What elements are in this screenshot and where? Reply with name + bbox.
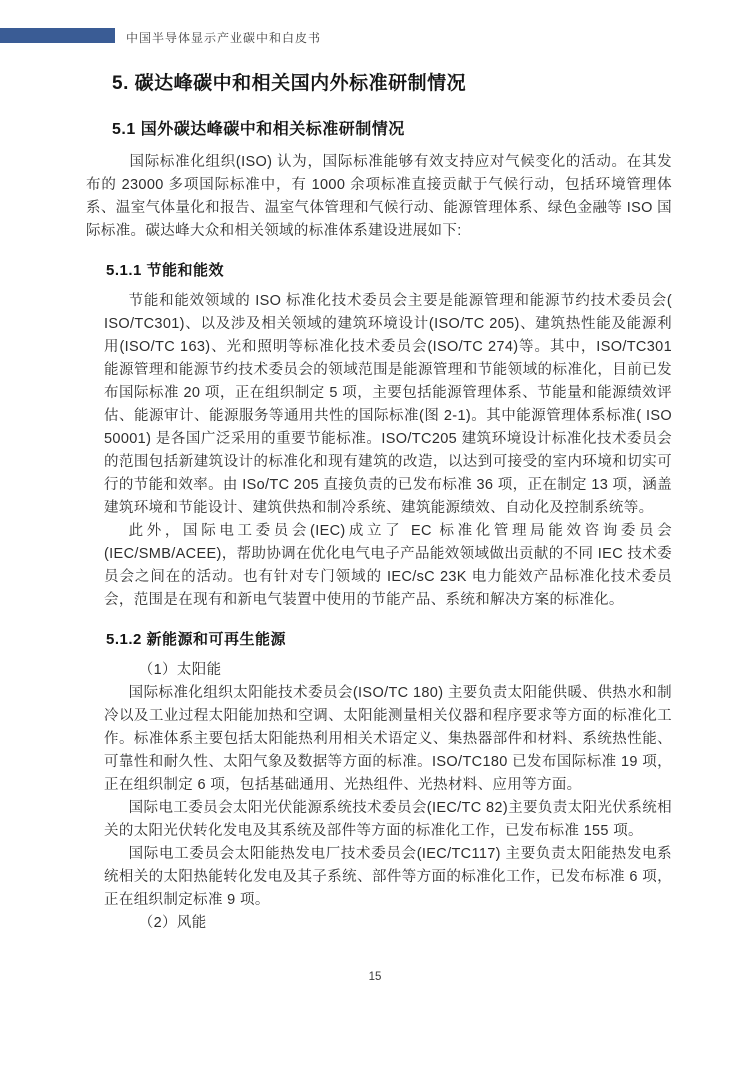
body-paragraph: 国际标准化组织(ISO) 认为，国际标准能够有效支持应对气候变化的活动。在其发布… (86, 151, 672, 243)
body-paragraph: 节能和能效领域的 ISO 标准化技术委员会主要是能源管理和能源节约技术委员会( … (104, 290, 672, 520)
section-heading: 5.1 国外碳达峰碳中和相关标准研制情况 (112, 118, 672, 141)
body-paragraph: 此外，国际电工委员会(IEC)成立了 EC 标准化管理局能效咨询委员会(IEC/… (104, 520, 672, 612)
header-title: 中国半导体显示产业碳中和白皮书 (126, 29, 321, 46)
document-page: 中国半导体显示产业碳中和白皮书 5. 碳达峰碳中和相关国内外标准研制情况 5.1… (0, 0, 756, 1068)
chapter-title: 5. 碳达峰碳中和相关国内外标准研制情况 (112, 70, 672, 97)
document-body: 5. 碳达峰碳中和相关国内外标准研制情况 5.1 国外碳达峰碳中和相关标准研制情… (86, 70, 672, 935)
list-item-label: （2）风能 (104, 912, 672, 935)
body-paragraph: 国际电工委员会太阳能热发电厂技术委员会(IEC/TC117) 主要负责太阳能热发… (104, 843, 672, 912)
list-item-label: （1）太阳能 (104, 659, 672, 682)
content-blocks: 5.1 国外碳达峰碳中和相关标准研制情况国际标准化组织(ISO) 认为，国际标准… (86, 118, 672, 935)
section-heading: 5.1.1 节能和能效 (106, 260, 672, 282)
section-heading: 5.1.2 新能源和可再生能源 (106, 629, 672, 651)
body-paragraph: 国际标准化组织太阳能技术委员会(ISO/TC 180) 主要负责太阳能供暖、供热… (104, 682, 672, 797)
page-number: 15 (0, 971, 750, 983)
header-accent-bar (0, 28, 115, 43)
body-paragraph: 国际电工委员会太阳光伏能源系统技术委员会(IEC/TC 82)主要负责太阳光伏系… (104, 797, 672, 843)
